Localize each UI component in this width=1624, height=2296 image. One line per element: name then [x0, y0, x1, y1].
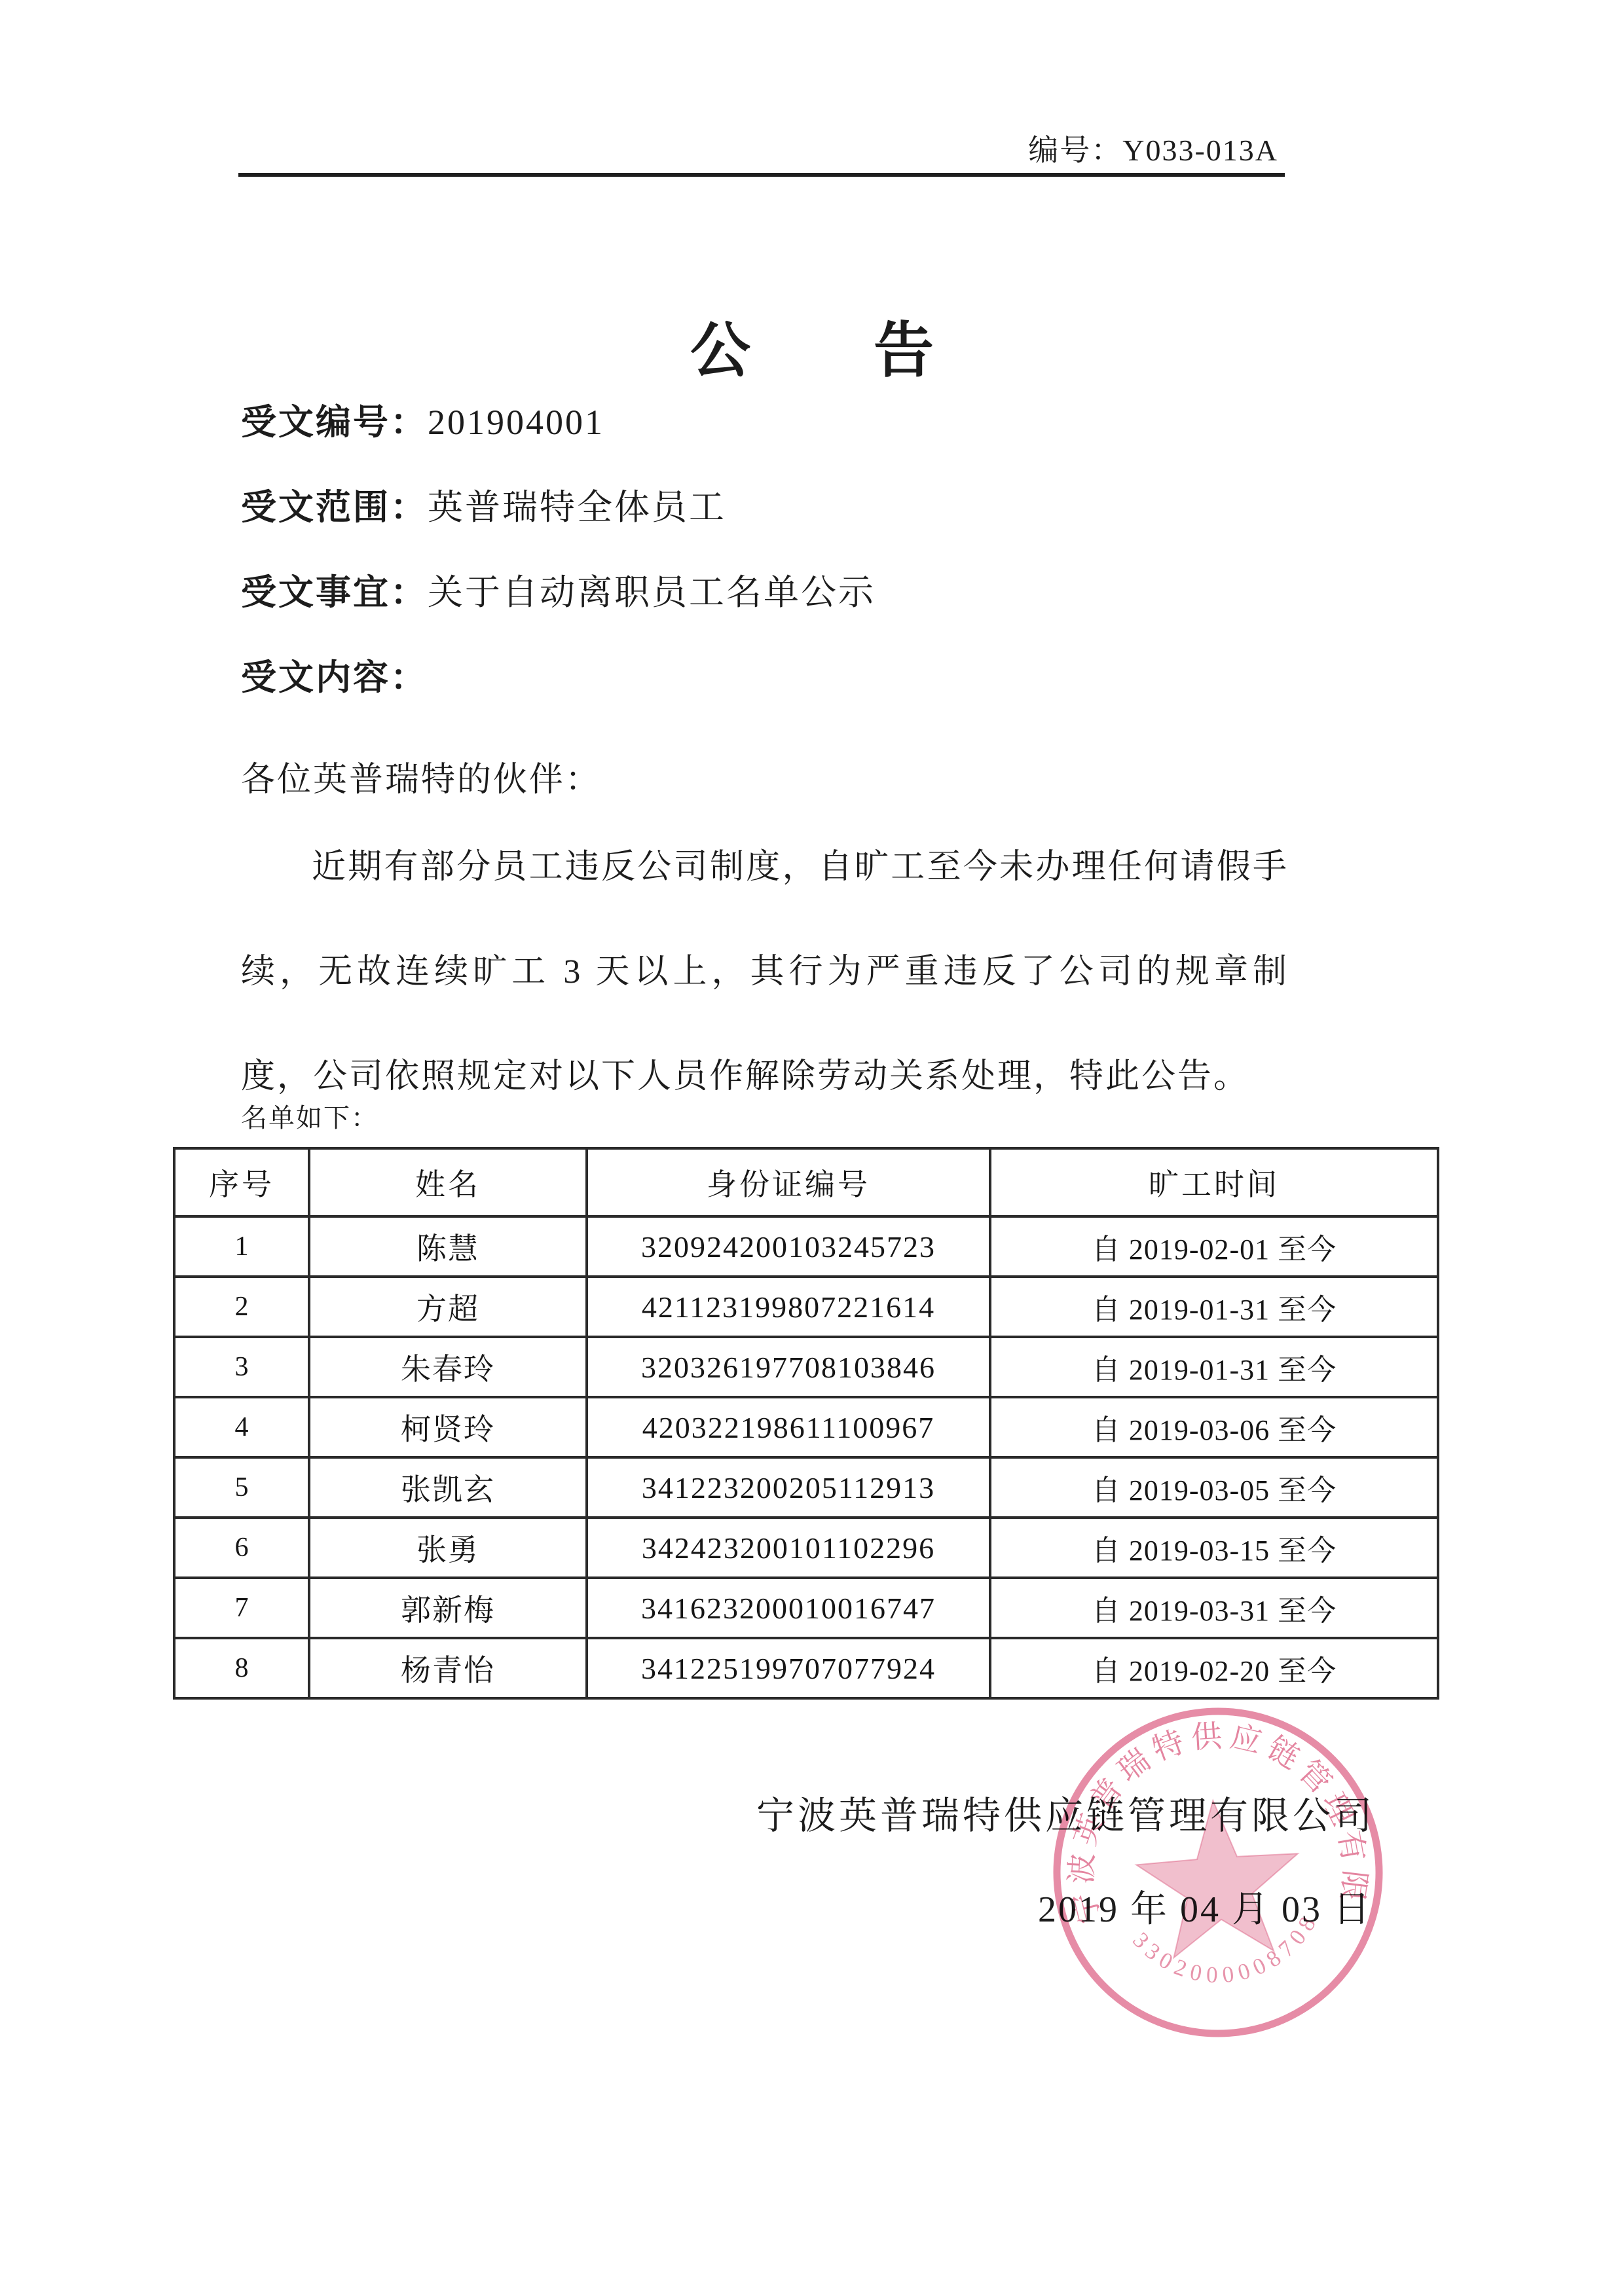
field-doc-content-label: 受文内容：: [241, 658, 428, 697]
table-row: 3 朱春玲 320326197708103846 自 2019-01-31 至今: [174, 1337, 1438, 1397]
cell-id: 341225199707077924: [587, 1638, 990, 1698]
cell-id: 421123199807221614: [587, 1277, 990, 1337]
table-row: 4 柯贤玲 420322198611100967 自 2019-03-06 至今: [174, 1397, 1438, 1457]
table-row: 5 张凯玄 341223200205112913 自 2019-03-05 至今: [174, 1457, 1438, 1518]
document-page: 编号：Y033-013A 公 告 受文编号：201904001 受文范围：英普瑞…: [0, 0, 1624, 2296]
field-doc-scope-value: 英普瑞特全体员工: [428, 488, 726, 527]
table-row: 6 张勇 342423200101102296 自 2019-03-15 至今: [174, 1518, 1438, 1578]
cell-period: 自 2019-03-05 至今: [990, 1457, 1438, 1518]
cell-id: 341223200205112913: [587, 1457, 990, 1518]
cell-id: 342423200101102296: [587, 1518, 990, 1578]
cell-name: 张勇: [309, 1518, 587, 1578]
field-doc-subject: 受文事宜：关于自动离职员工名单公示: [241, 571, 1354, 656]
cell-index: 4: [174, 1397, 309, 1457]
field-doc-subject-value: 关于自动离职员工名单公示: [428, 573, 876, 612]
col-header-id: 身份证编号: [587, 1148, 990, 1216]
table-row: 7 郭新梅 341623200010016747 自 2019-03-31 至今: [174, 1578, 1438, 1638]
doc-ref-label: 编号：: [1028, 134, 1122, 167]
field-doc-number: 受文编号：201904001: [241, 401, 1354, 486]
cell-period: 自 2019-02-01 至今: [990, 1216, 1438, 1277]
field-doc-content: 受文内容：: [241, 656, 1354, 741]
col-header-period: 旷工时间: [990, 1148, 1438, 1216]
cell-period: 自 2019-01-31 至今: [990, 1337, 1438, 1397]
cell-name: 杨青怡: [309, 1638, 587, 1698]
doc-meta-fields: 受文编号：201904001 受文范围：英普瑞特全体员工 受文事宜：关于自动离职…: [241, 401, 1354, 741]
field-doc-number-label: 受文编号：: [241, 403, 428, 442]
field-doc-number-value: 201904001: [428, 403, 604, 442]
table-row: 1 陈慧 320924200103245723 自 2019-02-01 至今: [174, 1216, 1438, 1277]
field-doc-scope: 受文范围：英普瑞特全体员工: [241, 486, 1354, 571]
cell-index: 2: [174, 1277, 309, 1337]
company-seal-stamp: 宁波英普瑞特供应链管理有限公司 3302000008708: [1035, 1689, 1401, 2055]
seal-ring: [1046, 1700, 1390, 2044]
cell-period: 自 2019-03-06 至今: [990, 1397, 1438, 1457]
issue-date: 2019 年 04 月 03 日: [1038, 1880, 1372, 1933]
salutation: 各位英普瑞特的伙伴：: [241, 752, 601, 801]
list-intro: 名单如下：: [241, 1097, 378, 1135]
col-header-name: 姓名: [309, 1148, 587, 1216]
cell-name: 朱春玲: [309, 1337, 587, 1397]
body-paragraph: 近期有部分员工违反公司制度，自旷工至今未办理任何请假手续，无故连续旷工 3 天以…: [241, 815, 1289, 1129]
issuing-company: 宁波英普瑞特供应链管理有限公司: [756, 1785, 1375, 1840]
cell-id: 320326197708103846: [587, 1337, 990, 1397]
header-divider: [238, 173, 1285, 177]
roster-table: 序号 姓名 身份证编号 旷工时间 1 陈慧 320924200103245723…: [173, 1147, 1439, 1700]
cell-period: 自 2019-02-20 至今: [990, 1638, 1438, 1698]
cell-name: 郭新梅: [309, 1578, 587, 1638]
cell-index: 3: [174, 1337, 309, 1397]
table-row: 2 方超 421123199807221614 自 2019-01-31 至今: [174, 1277, 1438, 1337]
cell-index: 1: [174, 1216, 309, 1277]
cell-period: 自 2019-01-31 至今: [990, 1277, 1438, 1337]
cell-name: 张凯玄: [309, 1457, 587, 1518]
cell-index: 6: [174, 1518, 309, 1578]
doc-ref-value: Y033-013A: [1122, 134, 1278, 167]
doc-title: 公 告: [0, 302, 1624, 389]
cell-id: 341623200010016747: [587, 1578, 990, 1638]
cell-period: 自 2019-03-15 至今: [990, 1518, 1438, 1578]
cell-name: 方超: [309, 1277, 587, 1337]
cell-index: 7: [174, 1578, 309, 1638]
cell-id: 420322198611100967: [587, 1397, 990, 1457]
cell-id: 320924200103245723: [587, 1216, 990, 1277]
col-header-index: 序号: [174, 1148, 309, 1216]
field-doc-scope-label: 受文范围：: [241, 488, 428, 527]
cell-name: 陈慧: [309, 1216, 587, 1277]
doc-ref-number: 编号：Y033-013A: [1028, 132, 1278, 169]
field-doc-subject-label: 受文事宜：: [241, 573, 428, 612]
cell-period: 自 2019-03-31 至今: [990, 1578, 1438, 1638]
cell-index: 5: [174, 1457, 309, 1518]
cell-name: 柯贤玲: [309, 1397, 587, 1457]
table-row: 8 杨青怡 341225199707077924 自 2019-02-20 至今: [174, 1638, 1438, 1698]
table-header-row: 序号 姓名 身份证编号 旷工时间: [174, 1148, 1438, 1216]
cell-index: 8: [174, 1638, 309, 1698]
